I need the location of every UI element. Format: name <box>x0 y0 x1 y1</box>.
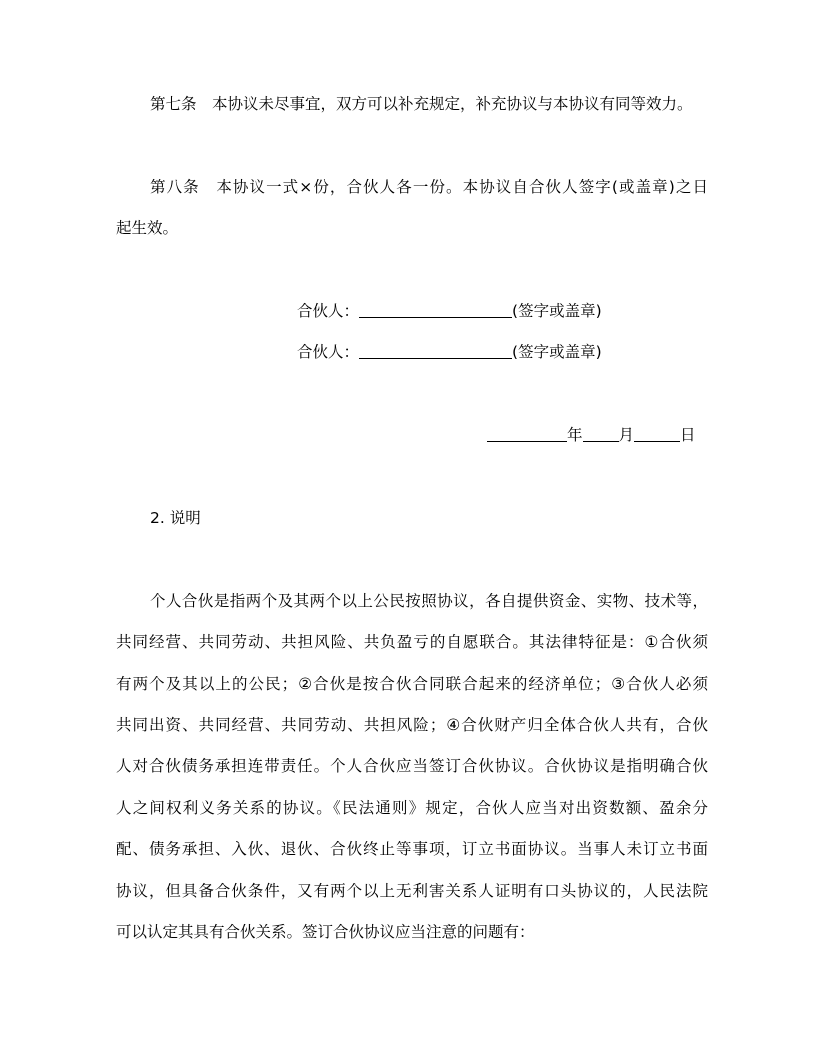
date-line: 年月日 <box>487 415 708 456</box>
article-8-line-1: 第八条 本协议一式×份，合伙人各一份。本协议自合伙人签字(或盖章)之日 <box>116 167 708 208</box>
partner-label: 合伙人： <box>297 302 359 320</box>
explanation-paragraph: 个人合伙是指两个及其两个以上公民按照协议，各自提供资金、实物、技术等， 共同经营… <box>116 581 708 954</box>
signature-suffix: (签字或盖章) <box>512 343 602 361</box>
signature-blank-line <box>359 344 512 359</box>
article-7-paragraph: 第七条 本协议未尽事宜，双方可以补充规定，补充协议与本协议有同等效力。 <box>116 84 708 125</box>
explanation-line: 共同经营、共同劳动、共担风险、共负盈亏的自愿联合。其法律特征是：①合伙须 <box>116 622 708 663</box>
date-month-blank <box>583 427 619 442</box>
explanation-line: 协议，但具备合伙条件，又有两个以上无利害关系人证明有口头协议的，人民法院 <box>116 871 708 912</box>
partner-label: 合伙人： <box>297 343 359 361</box>
explanation-line: 人对合伙债务承担连带责任。个人合伙应当签订合伙协议。合伙协议是指明确合伙 <box>116 746 708 787</box>
explanation-line: 有两个及其以上的公民；②合伙是按合伙合同联合起来的经济单位；③合伙人必须 <box>116 664 708 705</box>
date-day-blank <box>634 427 680 442</box>
date-year-blank <box>487 427 567 442</box>
article-8-line-2: 起生效。 <box>116 208 708 249</box>
signature-row: 合伙人：(签字或盖章) <box>297 291 708 332</box>
explanation-line: 共同出资、共同经营、共同劳动、共担风险；④合伙财产归全体合伙人共有，合伙 <box>116 705 708 746</box>
document-page: 第七条 本协议未尽事宜，双方可以补充规定，补充协议与本协议有同等效力。 第八条 … <box>0 0 816 1056</box>
signature-suffix: (签字或盖章) <box>512 302 602 320</box>
explanation-line: 个人合伙是指两个及其两个以上公民按照协议，各自提供资金、实物、技术等， <box>116 581 708 622</box>
explanation-line: 配、债务承担、入伙、退伙、合伙终止等事项，订立书面协议。当事人未订立书面 <box>116 829 708 870</box>
month-label: 月 <box>619 426 635 444</box>
day-label: 日 <box>680 426 696 444</box>
explanation-line: 人之间权利义务关系的协议。《民法通则》规定，合伙人应当对出资数额、盈余分 <box>116 788 708 829</box>
explanation-line-last: 可以认定其具有合伙关系。签订合伙协议应当注意的问题有： <box>116 912 708 953</box>
signature-blank-line <box>359 303 512 318</box>
section-heading: 2. 说明 <box>116 498 708 539</box>
year-label: 年 <box>567 426 583 444</box>
signature-row: 合伙人：(签字或盖章) <box>297 332 708 373</box>
